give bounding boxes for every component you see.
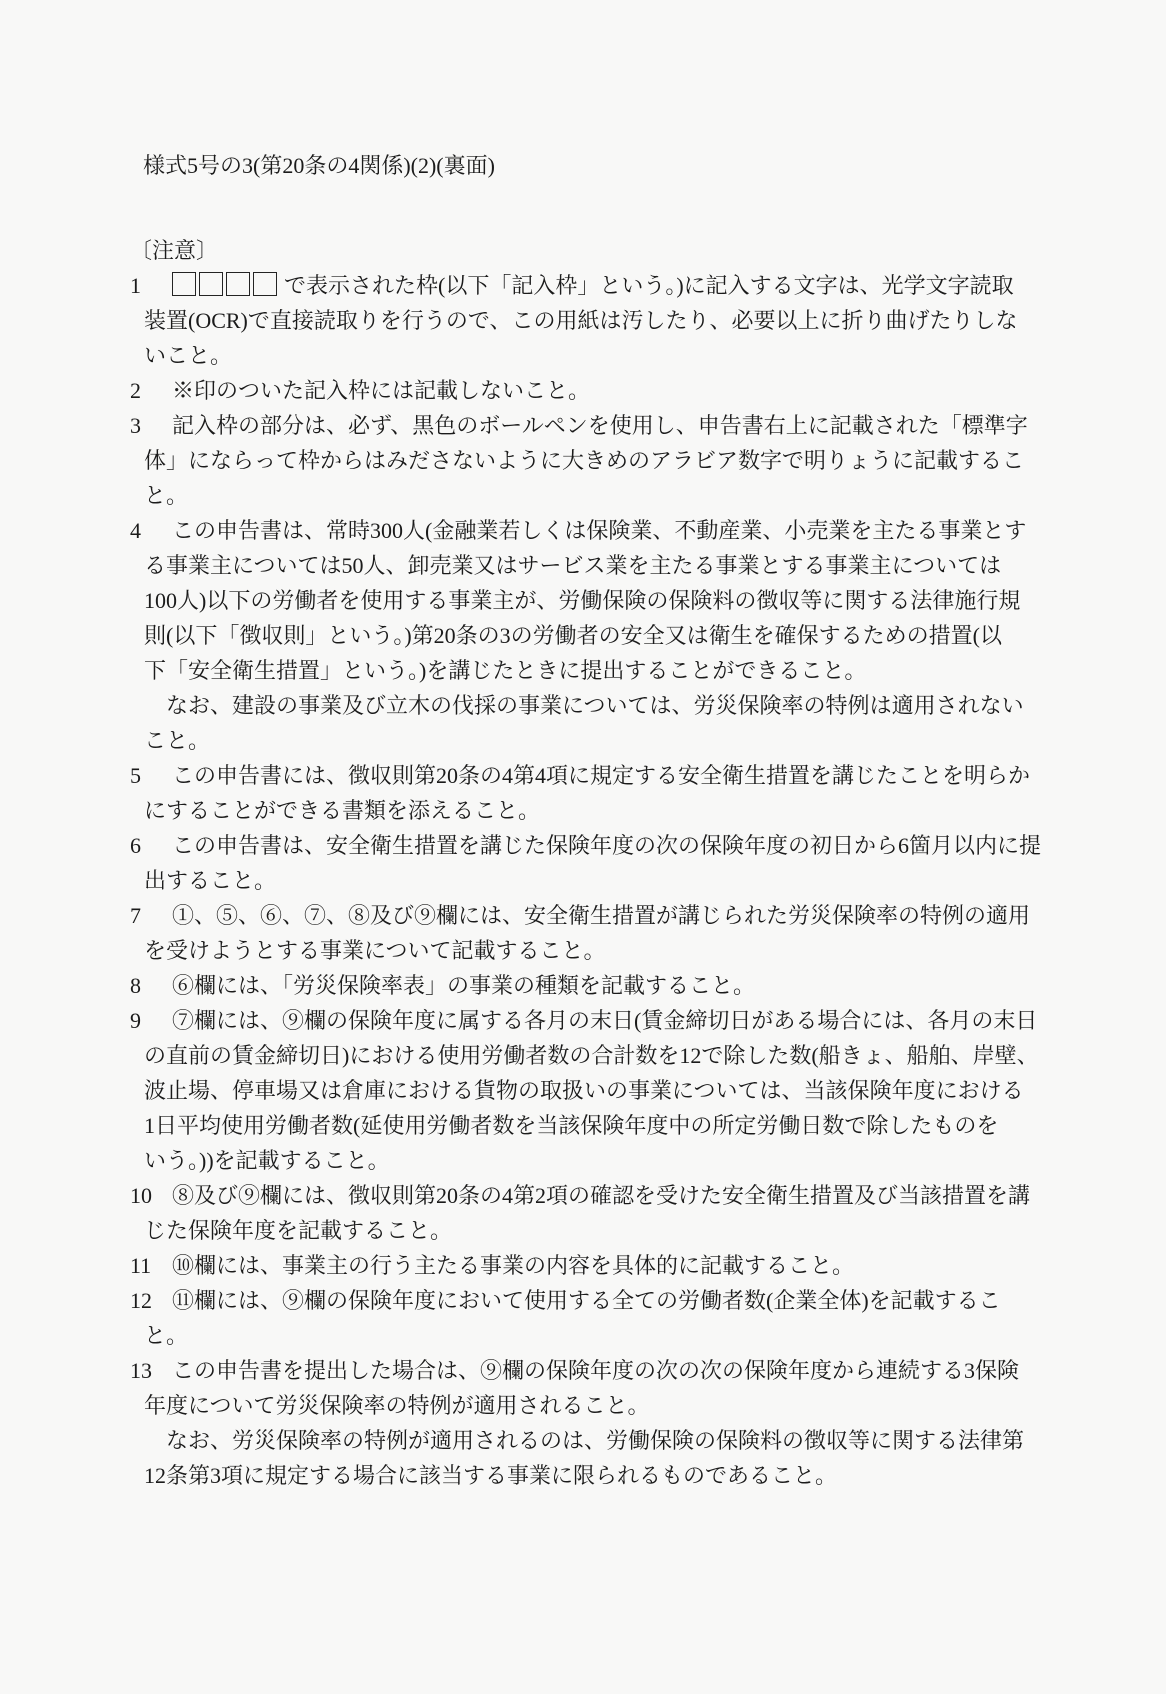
note-text: この申告書は、常時300人(金融業若しくは保険業、不動産業、小売業を主たる事業と… <box>144 518 1026 753</box>
notes-list: 1で表示された枠(以下「記入枠」という。)に記入する文字は、光学文字読取 装置(… <box>130 268 1048 1493</box>
note-number: 6 <box>130 828 172 863</box>
note-text: ※印のついた記入枠には記載しないこと。 <box>172 378 590 403</box>
note-number: 3 <box>130 408 172 443</box>
note-text: この申告書は、安全衛生措置を講じた保険年度の次の保険年度の初日から6箇月以内に提… <box>144 833 1041 893</box>
form-back-page: 様式5号の3(第20条の4関係)(2)(裏面) 〔注意〕 1で表示された枠(以下… <box>0 0 1166 1694</box>
entry-boxes <box>172 273 280 298</box>
note-text: この申告書を提出した場合は、⑨欄の保険年度の次の次の保険年度から連続する3保険 … <box>144 1358 1024 1488</box>
note-number: 4 <box>130 513 172 548</box>
note-item-9: 9⑦欄には、⑨欄の保険年度に属する各月の末日(賃金締切日がある場合には、各月の末… <box>130 1003 1048 1178</box>
note-item-1: 1で表示された枠(以下「記入枠」という。)に記入する文字は、光学文字読取 装置(… <box>130 268 1048 373</box>
note-number: 5 <box>130 758 172 793</box>
note-number: 12 <box>130 1283 172 1318</box>
note-number: 1 <box>130 268 172 303</box>
entry-box-icon <box>172 272 196 296</box>
note-text: ⑪欄には、⑨欄の保険年度において使用する全ての労働者数(企業全体)を記載するこ … <box>144 1288 1001 1348</box>
note-item-3: 3記入枠の部分は、必ず、黒色のボールペンを使用し、申告書右上に記載された「標準字… <box>130 408 1048 513</box>
note-number: 13 <box>130 1353 172 1388</box>
note-number: 10 <box>130 1178 172 1213</box>
note-item-10: 10⑧及び⑨欄には、徴収則第20条の4第2項の確認を受けた安全衛生措置及び当該措… <box>130 1178 1048 1248</box>
entry-box-icon <box>199 272 223 296</box>
entry-box-icon <box>226 272 250 296</box>
note-number: 2 <box>130 373 172 408</box>
note-item-12: 12⑪欄には、⑨欄の保険年度において使用する全ての労働者数(企業全体)を記載する… <box>130 1283 1048 1353</box>
note-text: ①、⑤、⑥、⑦、⑧及び⑨欄には、安全衛生措置が講じられた労災保険率の特例の適用 … <box>144 903 1030 963</box>
note-number: 9 <box>130 1003 172 1038</box>
note-number: 11 <box>130 1248 172 1283</box>
note-text: 記入枠の部分は、必ず、黒色のボールペンを使用し、申告書右上に記載された「標準字 … <box>144 413 1028 508</box>
note-text: この申告書には、徴収則第20条の4第4項に規定する安全衛生措置を講じたことを明ら… <box>144 763 1030 823</box>
entry-box-icon <box>253 272 277 296</box>
note-item-6: 6この申告書は、安全衛生措置を講じた保険年度の次の保険年度の初日から6箇月以内に… <box>130 828 1048 898</box>
note-item-13: 13この申告書を提出した場合は、⑨欄の保険年度の次の次の保険年度から連続する3保… <box>130 1353 1048 1493</box>
note-item-4: 4この申告書は、常時300人(金融業若しくは保険業、不動産業、小売業を主たる事業… <box>130 513 1048 758</box>
note-number: 8 <box>130 968 172 1003</box>
note-text: ⑧及び⑨欄には、徴収則第20条の4第2項の確認を受けた安全衛生措置及び当該措置を… <box>144 1183 1030 1243</box>
note-number: 7 <box>130 898 172 933</box>
note-text: ⑦欄には、⑨欄の保険年度に属する各月の末日(賃金締切日がある場合には、各月の末日… <box>144 1008 1039 1173</box>
note-item-2: 2※印のついた記入枠には記載しないこと。 <box>130 373 1048 408</box>
note-item-7: 7①、⑤、⑥、⑦、⑧及び⑨欄には、安全衛生措置が講じられた労災保険率の特例の適用… <box>130 898 1048 968</box>
note-item-8: 8⑥欄には、「労災保険率表」の事業の種類を記載すること。 <box>130 968 1048 1003</box>
form-number-label: 様式5号の3(第20条の4関係)(2)(裏面) <box>143 148 1048 183</box>
notes-heading: 〔注意〕 <box>130 233 1048 268</box>
note-text: ⑥欄には、「労災保険率表」の事業の種類を記載すること。 <box>172 973 755 998</box>
note-item-11: 11⑩欄には、事業主の行う主たる事業の内容を具体的に記載すること。 <box>130 1248 1048 1283</box>
note-item-5: 5この申告書には、徴収則第20条の4第4項に規定する安全衛生措置を講じたことを明… <box>130 758 1048 828</box>
note-text: ⑩欄には、事業主の行う主たる事業の内容を具体的に記載すること。 <box>172 1253 854 1278</box>
